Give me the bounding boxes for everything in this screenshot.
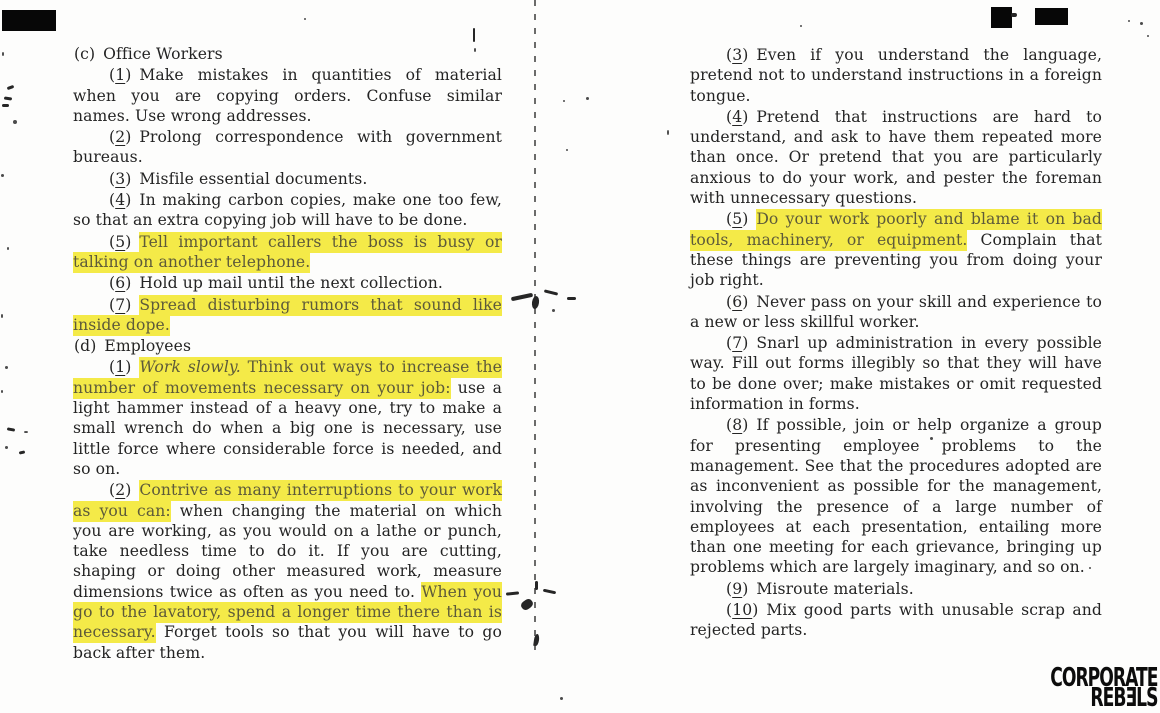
- list-item: (1) Make mistakes in quantities of mater…: [73, 65, 502, 126]
- scan-speck: [7, 85, 15, 90]
- body-text: Hold up mail until the next collection.: [139, 274, 443, 292]
- list-item: (4) Pretend that instructions are hard t…: [690, 107, 1102, 208]
- body-text: In making carbon copies, make one too fe…: [73, 191, 502, 229]
- scan-speck: [7, 247, 9, 250]
- section-title: Office Workers: [103, 45, 223, 63]
- list-item: (6) Never pass on your skill and experie…: [690, 292, 1102, 333]
- list-item: (4) In making carbon copies, make one to…: [73, 190, 502, 231]
- list-item: (7) Spread disturbing rumors that sound …: [73, 295, 502, 336]
- item-number: (6): [726, 293, 748, 311]
- item-number: (10): [726, 601, 758, 619]
- redaction-block-top-left: [2, 10, 56, 31]
- list-item: (5) Do your work poorly and blame it on …: [690, 209, 1102, 290]
- page-right-column: (3) Even if you understand the language,…: [690, 45, 1102, 642]
- scan-tick: [473, 28, 475, 42]
- scan-speck: [7, 427, 15, 431]
- corporate-rebels-logo: CORPORATE REBƎLS: [1050, 668, 1157, 708]
- ink-blot2-dash-right: [543, 589, 556, 595]
- body-text: Snarl up administration in every possibl…: [690, 334, 1102, 413]
- scan-speck: [24, 431, 28, 433]
- scan-speck: [566, 149, 568, 151]
- scan-speck: [13, 120, 17, 124]
- ink-blot-dot: [552, 309, 555, 312]
- scan-speck: [2, 104, 9, 107]
- item-number: (4): [109, 191, 131, 209]
- ink-blot2-body: [520, 597, 535, 611]
- item-number: (2): [109, 481, 131, 499]
- item-number: (3): [109, 170, 131, 188]
- list-item: (9) Misroute materials.: [690, 579, 1102, 599]
- ink-blot2-dash-left: [506, 591, 519, 595]
- item-number: (2): [109, 128, 131, 146]
- highlighted-text: Think out ways to increase the number of…: [73, 357, 502, 398]
- scan-speck: [1128, 20, 1130, 22]
- body-text: If possible, join or help organize a gro…: [690, 416, 1102, 576]
- scan-speck: [2, 52, 4, 56]
- scanned-page: (c) Office Workers(1) Make mistakes in q…: [0, 0, 1160, 713]
- ink-comma: [533, 634, 540, 647]
- scan-speck: [4, 96, 12, 100]
- section-label: (d): [74, 337, 96, 355]
- item-number: (6): [109, 274, 131, 292]
- scan-speck: [1147, 35, 1149, 37]
- item-number: (1): [109, 66, 131, 84]
- redaction-block-top-right-wide: [1035, 8, 1068, 25]
- page-left-column: (c) Office Workers(1) Make mistakes in q…: [73, 44, 502, 664]
- list-item: (5) Tell important callers the boss is b…: [73, 232, 502, 273]
- ink-blot-wing-right: [544, 289, 558, 295]
- section-heading: (d) Employees: [73, 336, 502, 356]
- scan-speck: [5, 446, 8, 449]
- list-item: (3) Even if you understand the language,…: [690, 45, 1102, 106]
- list-item: (7) Snarl up administration in every pos…: [690, 333, 1102, 414]
- section-title: Employees: [104, 337, 191, 355]
- list-item: (2) Prolong correspondence with governme…: [73, 127, 502, 168]
- scan-speck: [1, 314, 3, 318]
- item-number: (7): [109, 296, 131, 314]
- section-heading: (c) Office Workers: [73, 44, 502, 64]
- list-item: (6) Hold up mail until the next collecti…: [73, 273, 502, 293]
- highlighted-text: Work slowly.: [139, 357, 241, 378]
- scan-speck: [563, 100, 565, 102]
- item-number: (9): [726, 580, 748, 598]
- list-item: (10) Mix good parts with unusable scrap …: [690, 600, 1102, 641]
- scan-speck: [1, 390, 3, 393]
- item-number: (8): [726, 416, 748, 434]
- scan-speck: [304, 18, 306, 20]
- body-text: Pretend that instructions are hard to un…: [690, 108, 1102, 207]
- highlighted-text: Spread disturbing rumors that sound like…: [73, 295, 502, 336]
- body-text: Misroute materials.: [756, 580, 913, 598]
- list-item: (2) Contrive as many interruptions to yo…: [73, 480, 502, 663]
- page-gutter-line: [534, 0, 536, 652]
- ink-blot-wing-left: [511, 293, 533, 301]
- section-label: (c): [74, 45, 95, 63]
- scan-speck: [800, 25, 802, 27]
- redaction-block-top-right-small: [991, 7, 1012, 28]
- scan-speck: [1140, 22, 1143, 25]
- body-text: Misfile essential documents.: [139, 170, 367, 188]
- ink-dash: [567, 297, 576, 300]
- item-number: (4): [726, 108, 748, 126]
- ink-blot-body: [531, 296, 540, 310]
- highlighted-text: Tell important callers the boss is busy …: [73, 232, 502, 273]
- list-item: (3) Misfile essential documents.: [73, 169, 502, 189]
- item-number: (1): [109, 358, 131, 376]
- body-text: Make mistakes in quantities of material …: [73, 66, 502, 125]
- ink-blot2-tick: [535, 581, 538, 590]
- scan-speck: [19, 450, 25, 454]
- body-text: Never pass on your skill and experience …: [690, 293, 1102, 331]
- body-text: Prolong correspondence with government b…: [73, 128, 502, 166]
- scan-speck: [5, 366, 8, 369]
- item-number: (5): [109, 233, 131, 251]
- redaction-tick: [1011, 13, 1017, 17]
- list-item: (8) If possible, join or help organize a…: [690, 415, 1102, 577]
- body-text: Even if you understand the language, pre…: [690, 46, 1102, 105]
- list-item: (1) Work slowly. Think out ways to incre…: [73, 357, 502, 479]
- scan-speck: [586, 97, 589, 100]
- scan-speck: [1, 174, 4, 177]
- item-number: (5): [726, 210, 748, 228]
- item-number: (3): [726, 46, 748, 64]
- scan-speck: [560, 697, 563, 700]
- item-number: (7): [726, 334, 748, 352]
- scan-speck: [667, 130, 669, 135]
